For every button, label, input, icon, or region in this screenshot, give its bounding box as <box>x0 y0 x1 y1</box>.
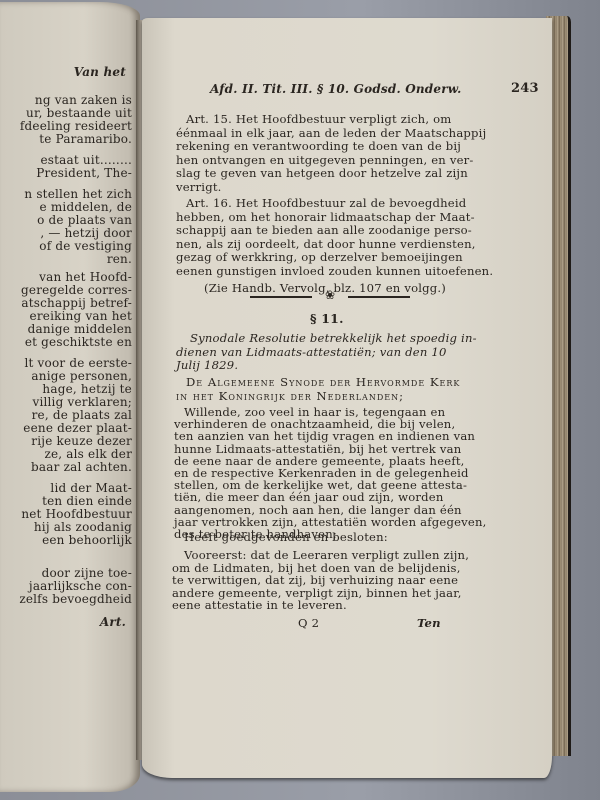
text-line: nen, als zij oordeelt, dat door hunne ve… <box>176 237 476 251</box>
signature-mark: Q 2 <box>298 616 319 630</box>
text-line: ng van zaken is <box>35 93 132 107</box>
text-line: ten dien einde <box>42 494 132 508</box>
text-line: rije keuze dezer <box>31 434 132 448</box>
text-line: Art. 16. Het Hoofdbestuur zal de bevoegd… <box>186 196 466 210</box>
text-line: ren. <box>107 252 132 266</box>
text-line: te Paramaribo. <box>39 132 132 146</box>
text-line: rekening en verantwoording te doen van d… <box>176 139 461 153</box>
text-line: of de vestiging <box>39 239 132 253</box>
text-line: e middelen, de <box>40 200 132 214</box>
text-line: villig verklaren; <box>32 395 132 409</box>
text-line: éénmaal in elk jaar, aan de leden der Ma… <box>176 126 486 140</box>
text-line: slag te geven van hetgeen door hetzelve … <box>176 166 468 180</box>
text-line: geregelde corres- <box>21 283 132 297</box>
text-line: atschappij betref- <box>21 296 132 310</box>
text-line: ze, als elk der <box>44 447 132 461</box>
decision-line: Heeft goedgevonden en besloten: <box>184 530 388 544</box>
text-line: hij als zoodanig <box>34 520 132 534</box>
text-line: hage, hetzij te <box>42 382 132 396</box>
ornament-divider: ❀ <box>250 292 410 302</box>
text-line: n stellen het zich <box>24 187 132 201</box>
text-line: danige middelen <box>28 322 132 336</box>
text-line: , — hetzij door <box>40 226 132 240</box>
text-line: schappij aan te bieden aan alle zoodanig… <box>176 223 472 237</box>
running-head: Afd. II. Tit. III. § 10. Godsd. Onderw. <box>210 82 461 96</box>
left-page: Van het ng van zaken isur, bestaande uit… <box>0 2 140 792</box>
text-line: van het Hoofd- <box>39 270 132 284</box>
text-line: baar zal achten. <box>31 460 132 474</box>
text-line: een behoorlijk <box>42 533 132 547</box>
text-line: hen ontvangen en uitgegeven penningen, e… <box>176 153 474 167</box>
text-line: net Hoofdbestuur <box>21 507 132 521</box>
text-line: Synodale Resolutie betrekkelijk het spoe… <box>190 331 477 345</box>
left-running-head: Van het <box>74 65 126 79</box>
section-heading: § 11. <box>310 311 344 326</box>
text-line: Art. 15. Het Hoofdbestuur verpligt zich,… <box>186 112 452 126</box>
text-line: et geschiktste en <box>25 335 132 349</box>
text-line: eene attestatie in te leveren. <box>172 598 347 612</box>
text-line: dienen van Lidmaats-attestatiën; van den… <box>176 345 447 359</box>
text-line: gezag of werkkring, op derzelver bemoeij… <box>176 250 463 264</box>
text-line: eene dezer plaat- <box>23 421 132 435</box>
left-catchword: Art. <box>100 615 126 629</box>
text-line: eenen gunstigen invloed zouden kunnen ui… <box>176 264 493 278</box>
text-line: hebben, om het honorair lidmaatschap der… <box>176 210 475 224</box>
text-line: door zijne toe- <box>42 566 132 580</box>
text-line: in het Koningrijk der Nederlanden; <box>176 389 404 403</box>
right-catchword: Ten <box>417 616 441 630</box>
text-line: ur, bestaande uit <box>26 106 132 120</box>
text-line: anige personen, <box>31 369 132 383</box>
flower-ornament-icon: ❀ <box>310 288 350 302</box>
text-line: jaarlijksche con- <box>29 579 132 593</box>
text-line: estaat uit........ <box>40 153 132 167</box>
text-line: fdeeling resideert <box>20 119 132 133</box>
text-line: Julij 1829. <box>176 358 238 372</box>
text-line: zelfs bevoegdheid <box>19 592 132 606</box>
text-line: lt voor de eerste- <box>24 356 132 370</box>
right-page: Afd. II. Tit. III. § 10. Godsd. Onderw. … <box>142 18 552 778</box>
page-number: 243 <box>511 81 539 96</box>
text-line: De Algemeene Synode der Hervormde Kerk <box>186 375 460 389</box>
text-line: ereiking van het <box>30 309 132 323</box>
text-line: verrigt. <box>176 180 222 194</box>
text-line: re, de plaats zal <box>32 408 132 422</box>
text-line: lid der Maat- <box>50 481 132 495</box>
text-line: President, The- <box>36 166 132 180</box>
text-line: o de plaats van <box>37 213 132 227</box>
